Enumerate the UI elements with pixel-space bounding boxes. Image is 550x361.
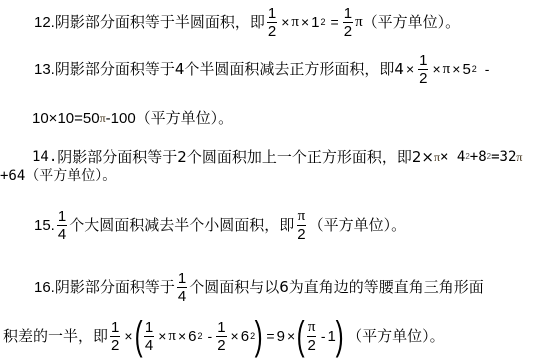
problem-13-continuation: 10×10=50 π -100 （平方单位）。 [32, 108, 233, 128]
unit-text: （平方单位）。 [347, 329, 445, 344]
problem-15: 15. 14 个大圆面积减去半个小圆面积，即 π2 （平方单位）。 [34, 206, 406, 244]
fraction: 14 [57, 209, 67, 242]
problem-text: 个大圆面积减去半个小圆面积，即 [69, 218, 294, 233]
fraction: 12 [343, 6, 353, 39]
problem-16-continuation: 积差的一半，即 12 × ( 14 × π × 62 - 12 × 62 ) =… [3, 314, 445, 358]
unit-text: （平方单位）。 [309, 218, 407, 233]
fraction: 14 [177, 271, 187, 304]
problem-13: 13. 阴影部分面积等于4个半圆面积减去正方形面积，即4 × 12 × π × … [34, 50, 491, 88]
unit-text: （平方单位）。 [363, 15, 461, 30]
fraction: 12 [418, 53, 428, 86]
problem-text: 阴影部分面积等于半圆面积，即 [55, 15, 265, 30]
problem-text: 阴影部分面积等于 [55, 280, 175, 295]
problem-number: 12. [34, 15, 55, 30]
left-paren: ( [134, 316, 142, 356]
pi-symbol: π [443, 62, 451, 77]
pi-symbol: π [355, 15, 363, 30]
fraction: 12 [110, 320, 120, 353]
fraction: π2 [296, 209, 306, 242]
problem-number: 14. [32, 150, 57, 164]
problem-12: 12. 阴影部分面积等于半圆面积，即 12 × π × 12 = 12 π （平… [34, 3, 460, 41]
left-paren: ( [297, 316, 305, 356]
problem-16: 16. 阴影部分面积等于 14 个圆面积与以6为直角边的等腰直角三角形面 [34, 268, 484, 306]
problem-number: 13. [34, 62, 55, 77]
pi-symbol: π [291, 15, 299, 30]
right-paren: ) [255, 316, 263, 356]
problem-text: 阴影部分面积等于2个圆面积加上一个正方形面积，即2× [57, 150, 434, 165]
pi-symbol: π [516, 151, 522, 163]
problem-14: 14. 阴影部分面积等于2个圆面积加上一个正方形面积，即2× π × 42 +8… [32, 147, 522, 167]
fraction: 12 [267, 6, 277, 39]
problem-14-continuation: +64（平方单位）。 [0, 166, 116, 186]
fraction: 12 [216, 320, 226, 353]
problem-number: 15. [34, 218, 55, 233]
problem-text: 阴影部分面积等于4个半圆面积减去正方形面积，即4 [55, 62, 404, 77]
unit-text: （平方单位）。 [136, 111, 234, 126]
fraction: 14 [144, 320, 154, 353]
fraction: π2 [306, 320, 316, 353]
problem-number: 16. [34, 280, 55, 295]
pi-symbol: π [168, 329, 176, 344]
right-paren: ) [335, 316, 343, 356]
